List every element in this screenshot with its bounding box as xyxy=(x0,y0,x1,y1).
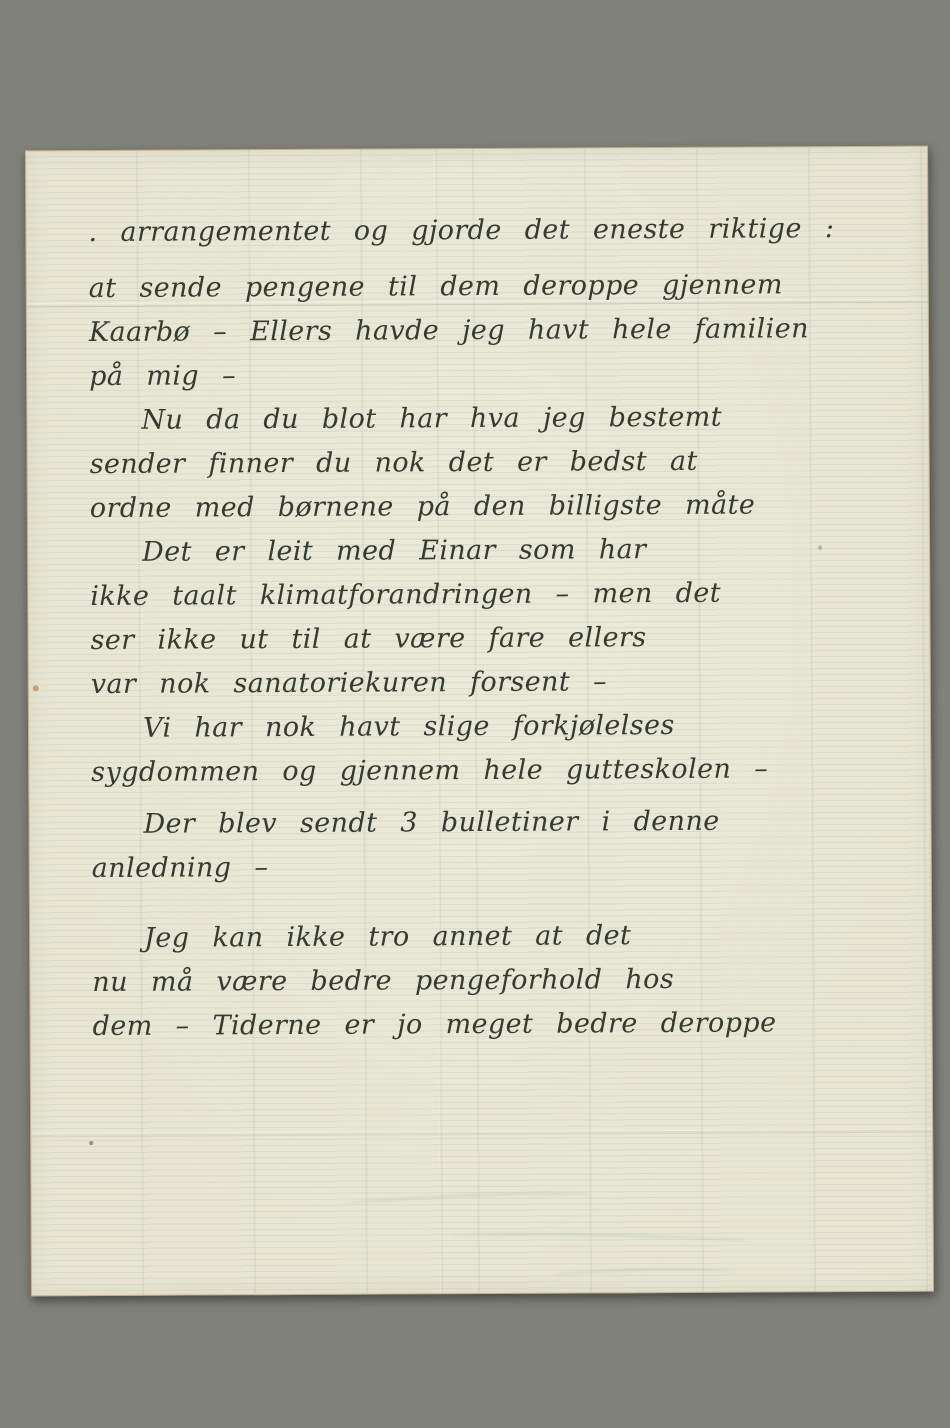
handwriting-line: Jeg kan ikke tro annet at det xyxy=(92,913,852,961)
ink-bleedthrough xyxy=(452,1230,752,1249)
handwriting-line: sygdommen og gjennem hele gutteskolen – xyxy=(91,747,851,795)
ink-bleedthrough xyxy=(341,1189,591,1212)
handwriting-line: at sende pengene til dem deroppe gjennem xyxy=(89,263,849,311)
handwriting-line: sender finner du nok det er bedst at xyxy=(90,439,850,487)
foxing-spot xyxy=(33,685,39,691)
handwriting-line: Der blev sendt 3 bulletiner i denne xyxy=(91,799,851,847)
handwriting-line: . arrangementet og gjorde det eneste rik… xyxy=(88,207,848,255)
ink-bleedthrough xyxy=(552,1266,732,1283)
handwriting-line: dem – Tiderne er jo meget bedre deroppe xyxy=(92,1001,852,1049)
handwriting-line: Det er leit med Einar som har xyxy=(90,527,850,575)
foxing-spot xyxy=(89,1141,93,1145)
handwriting-line: ser ikke ut til at være fare ellers xyxy=(90,615,850,663)
handwriting-line: Vi har nok havt slige forkjølelses xyxy=(91,703,851,751)
handwriting-line: nu må være bedre pengeforhold hos xyxy=(92,957,852,1005)
handwriting-line: ordne med børnene på den billigste måte xyxy=(90,483,850,531)
handwriting-line: Nu da du blot har hva jeg bestemt xyxy=(89,395,849,443)
handwriting-line: Kaarbø – Ellers havde jeg havt hele fami… xyxy=(89,307,849,355)
fold-crease-horizontal-bottom xyxy=(31,1129,932,1138)
handwriting-line: ikke taalt klimatforandringen – men det xyxy=(90,571,850,619)
photo-background: . arrangementet og gjorde det eneste rik… xyxy=(0,0,950,1428)
letter-page: . arrangementet og gjorde det eneste rik… xyxy=(25,146,934,1297)
handwriting-line: anledning – xyxy=(92,843,852,891)
handwritten-text: . arrangementet og gjorde det eneste rik… xyxy=(88,207,852,1049)
handwriting-line: var nok sanatoriekuren forsent – xyxy=(91,659,851,707)
handwriting-line: på mig – xyxy=(89,351,849,399)
